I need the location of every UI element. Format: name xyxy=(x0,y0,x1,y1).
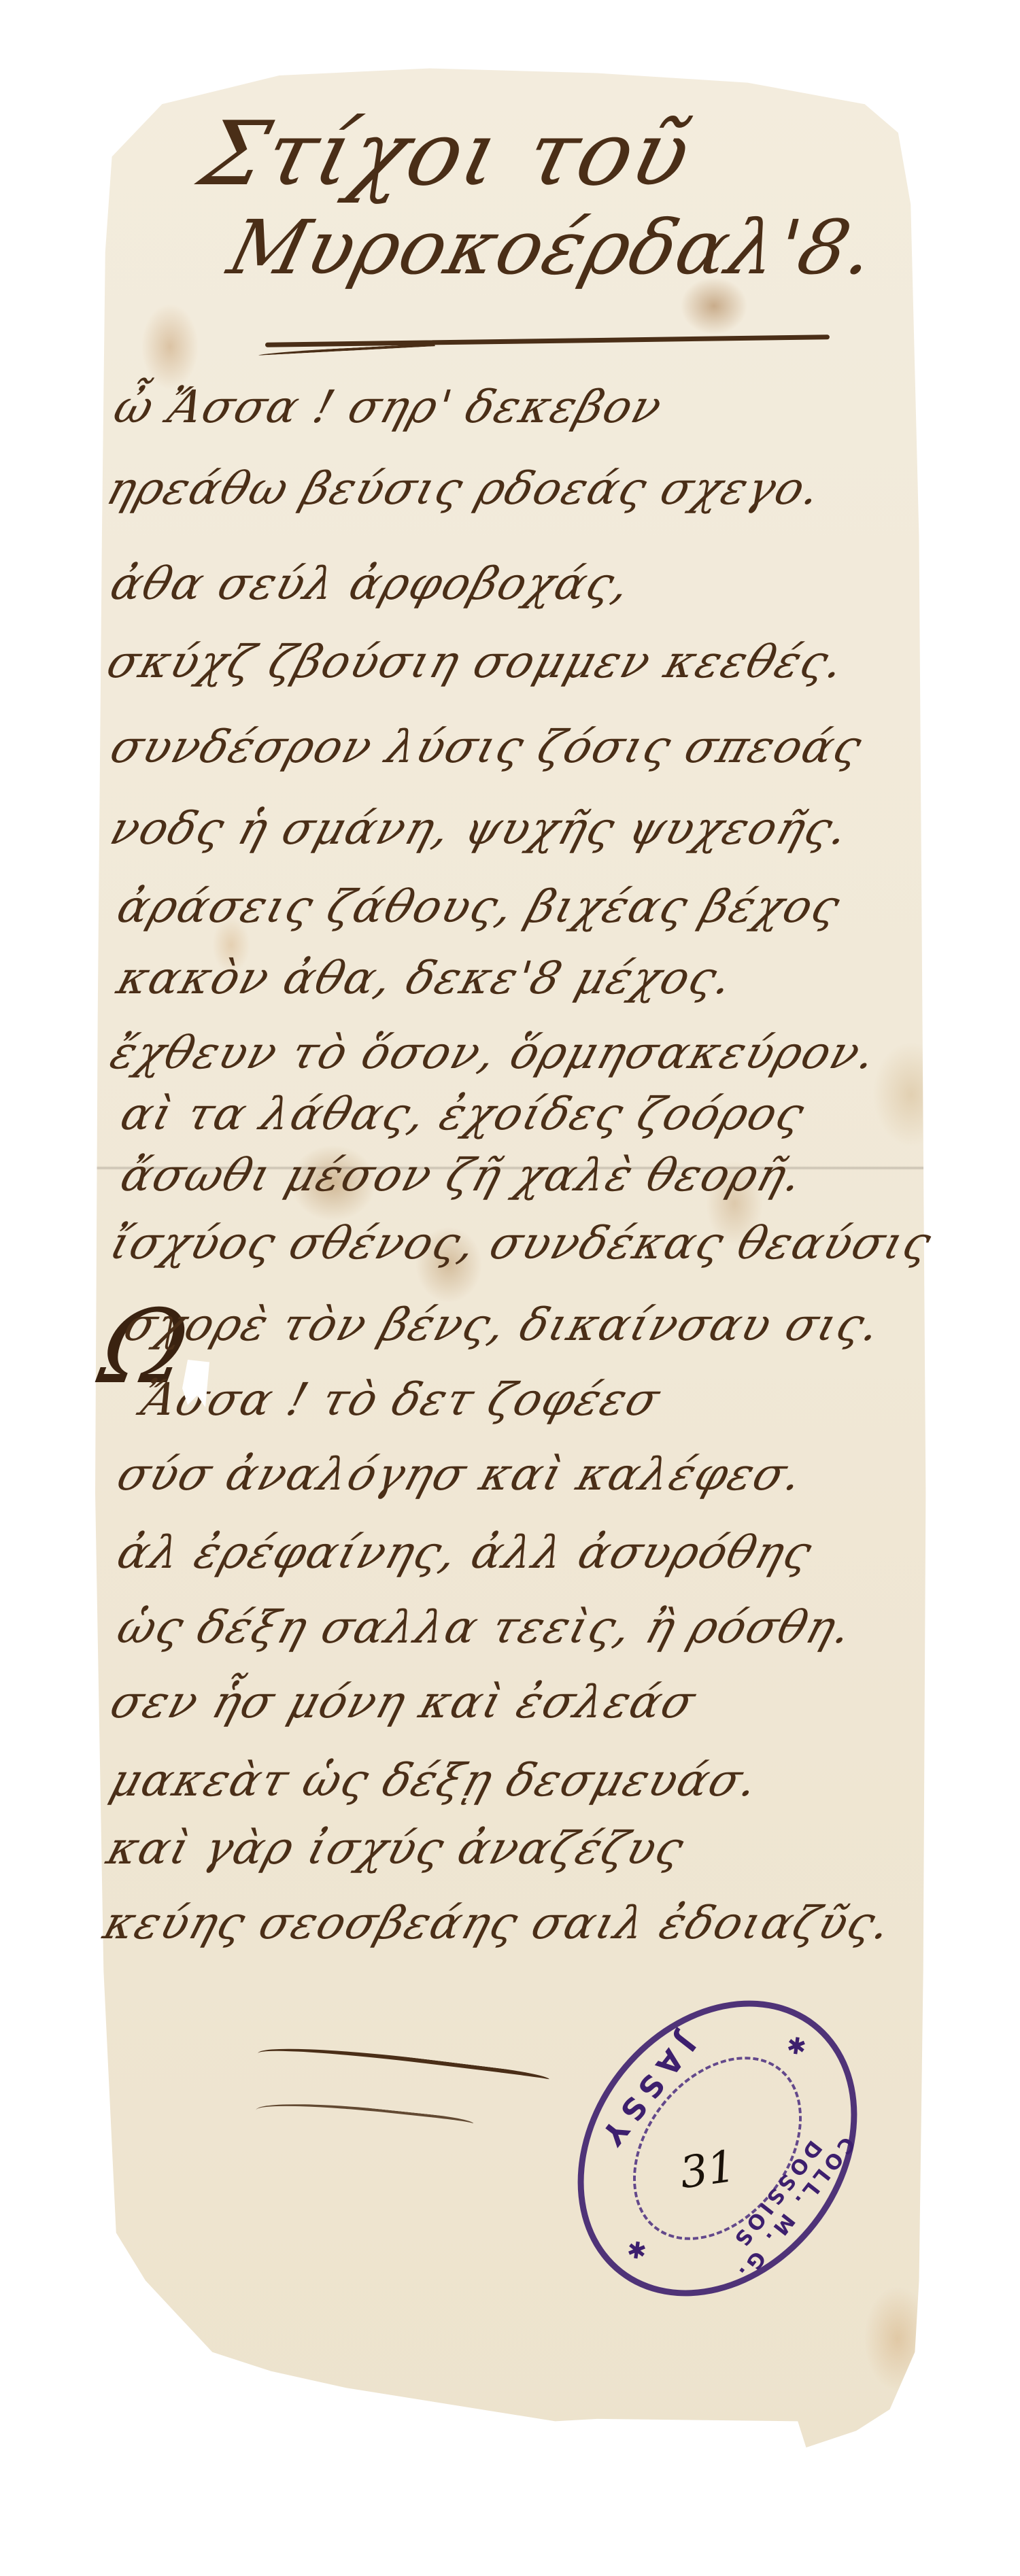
verse-line: σύσ ἀναλόγησ καὶ καλέφεσ. xyxy=(112,1448,810,1500)
verse-line: κακὸν ἀθα, δεκε'8 μέχος. xyxy=(112,952,740,1004)
title-line-2: Μυροκοέρδαλ'8. xyxy=(220,204,885,291)
verse-line: ἀλ ἐρέφαίνης, ἀλλ ἀσυρόθης xyxy=(112,1526,819,1579)
verse-line: ἄσωθι μέσον ζῆ χαλὲ θεορῆ. xyxy=(115,1149,810,1201)
verse-line: αὶ τα λάθας, ἐχοίδες ζοόρος xyxy=(115,1088,811,1140)
verse-line: ηρεάθω βεύσις ρδοεάς σχεγο. xyxy=(101,462,828,515)
verse-line: ἴσχύος σθένος, συνδέκας θεαύσις xyxy=(105,1217,938,1269)
stamp-inventory-number: 31 xyxy=(677,2142,738,2199)
verse-line: συνδέσρον λύσις ζόσις σπεοάς xyxy=(105,721,869,773)
verse-line: ἀράσεις ζάθους, βιχέας βέχος xyxy=(112,880,847,933)
verse-line: ὦ Ἄσσα ! σηρ' δεκεβον xyxy=(108,381,669,433)
verse-line: καὶ γὰρ ἰσχύς ἀναζέζυς xyxy=(101,1822,691,1874)
verse-line: Ἄσσα ! τὸ δετ ζοφέεσ xyxy=(135,1373,666,1426)
verse-line: κεύης σεοσβεάης σαιλ ἐδοιαζῦς. xyxy=(98,1897,898,1949)
verse-line: μακεὰτ ὡς δέξῃ δεσμευάσ. xyxy=(105,1754,765,1806)
verse-line: ἔχθευν τὸ ὅσον, ὅρμησακεύρον. xyxy=(105,1027,883,1079)
verse-line: σχορὲ τὸν βένς, δικαίνσαυ σις. xyxy=(118,1299,887,1351)
verse-line: σεν ἧσ μόνη καὶ ἐσλεάσ xyxy=(105,1676,702,1728)
title-line-1: Στίχοι τοῦ xyxy=(191,102,702,205)
verse-line: ὡς δέξη σαλλα τεεὶς, ἢ ρόσθη. xyxy=(112,1601,859,1653)
verse-line: σκύχζ ζβούσιη σομμεν κεεθές. xyxy=(101,636,851,688)
verse-line: νοδς ἡ σμάνη, ψυχῆς ψυχεοῆς. xyxy=(105,802,855,855)
verse-line: ἀθα σεύλ ἀρφοβοχάς, xyxy=(105,557,637,610)
